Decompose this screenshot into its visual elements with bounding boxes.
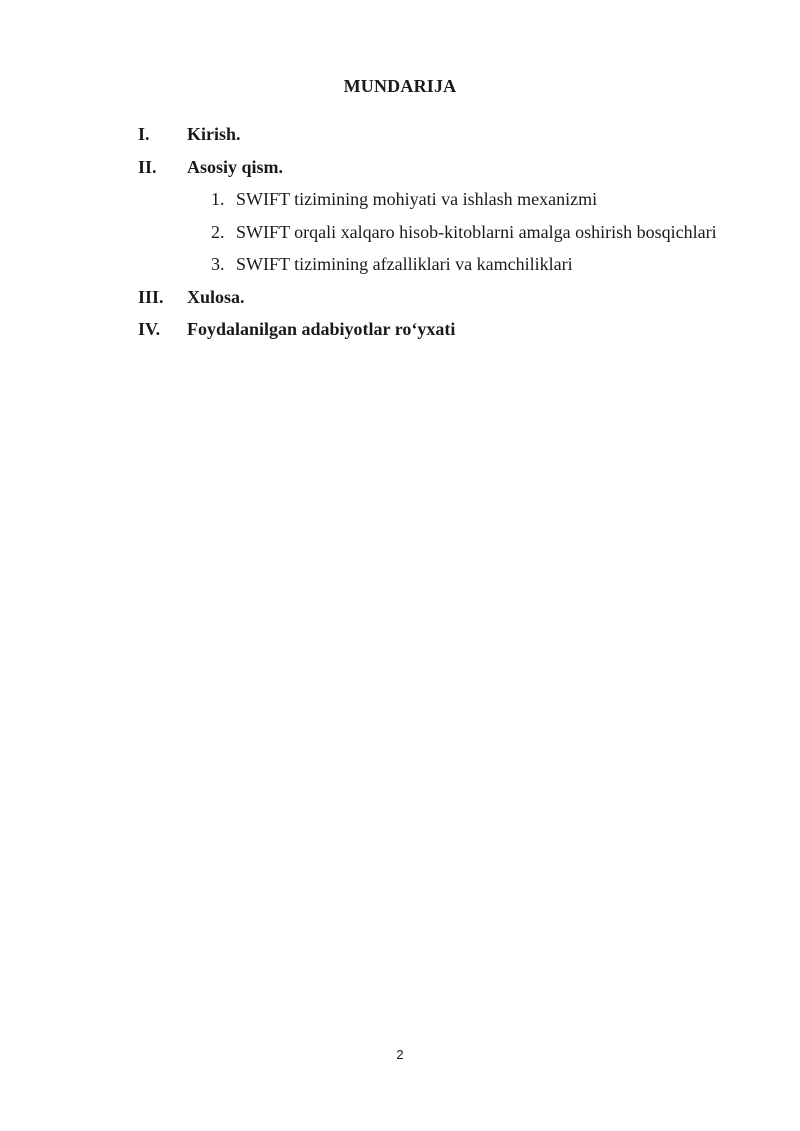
toc-sub-label: SWIFT orqali xalqaro hisob-kitoblarni am…	[236, 221, 717, 243]
toc-label: Foydalanilgan adabiyotlar ro‘yxati	[187, 318, 455, 340]
toc-numeral: I.	[138, 123, 150, 145]
toc-sub-number: 3.	[211, 253, 225, 275]
toc-sub-number: 2.	[211, 221, 225, 243]
toc-sub-label: SWIFT tizimining afzalliklari va kamchil…	[236, 253, 573, 275]
toc-numeral: IV.	[138, 318, 160, 340]
toc-numeral: II.	[138, 156, 157, 178]
toc-numeral: III.	[138, 286, 164, 308]
toc-label: Asosiy qism.	[187, 156, 283, 178]
page-number: 2	[0, 1047, 800, 1062]
page-title: MUNDARIJA	[0, 76, 800, 97]
toc-label: Kirish.	[187, 123, 241, 145]
toc-sub-number: 1.	[211, 188, 225, 210]
toc-label: Xulosa.	[187, 286, 245, 308]
toc-sub-label: SWIFT tizimining mohiyati va ishlash mex…	[236, 188, 597, 210]
